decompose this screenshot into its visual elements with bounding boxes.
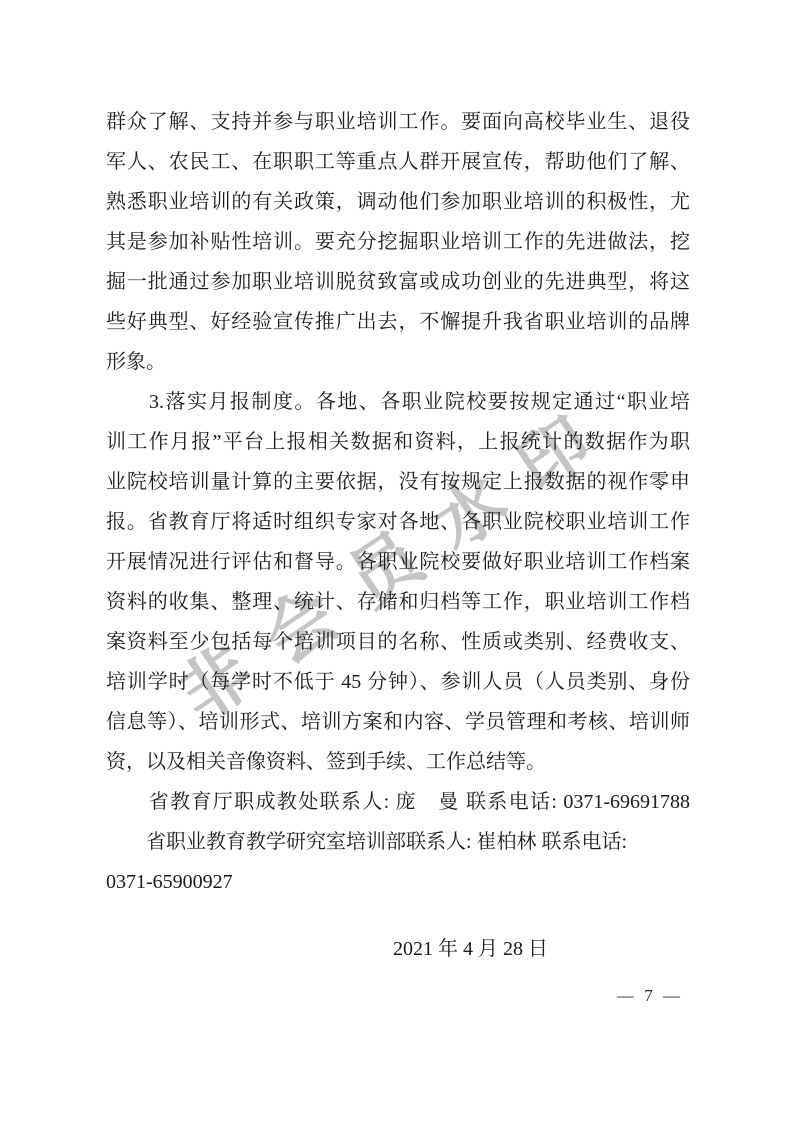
text-line: 群众了解、支持并参与职业培训工作。要面向高校毕业生、退役: [106, 102, 690, 142]
text-line: 训工作月报”平台上报相关数据和资料，上报统计的数据作为职: [106, 422, 690, 462]
text-line: 业院校培训量计算的主要依据，没有按规定上报数据的视作零申: [106, 462, 690, 502]
document-body: 群众了解、支持并参与职业培训工作。要面向高校毕业生、退役 军人、农民工、在职职工…: [106, 102, 690, 902]
text-line: 省教育厅职成教处联系人: 庞 曼 联系电话: 0371-69691788: [106, 782, 690, 822]
text-line: 报。省教育厅将适时组织专家对各地、各职业院校职业培训工作: [106, 502, 690, 542]
text-line: 信息等）、培训形式、培训方案和内容、学员管理和考核、培训师: [106, 702, 690, 742]
text-line: 军人、农民工、在职职工等重点人群开展宣传，帮助他们了解、: [106, 142, 690, 182]
text-line: 资，以及相关音像资料、签到手续、工作总结等。: [106, 742, 690, 782]
text-line: 3.落实月报制度。各地、各职业院校要按规定通过“职业培: [106, 382, 690, 422]
text-line: 0371-65900927: [106, 862, 690, 902]
text-line: 案资料至少包括每个培训项目的名称、性质或类别、经费收支、: [106, 622, 690, 662]
text-line: 省职业教育教学研究室培训部联系人: 崔柏林 联系电话:: [106, 822, 690, 862]
date-line: 2021 年 4 月 28 日: [393, 934, 548, 964]
text-line: 熟悉职业培训的有关政策，调动他们参加职业培训的积极性，尤: [106, 182, 690, 222]
text-line: 资料的收集、整理、统计、存储和归档等工作，职业培训工作档: [106, 582, 690, 622]
text-line: 形象。: [106, 342, 690, 382]
text-line: 些好典型、好经验宣传推广出去，不懈提升我省职业培训的品牌: [106, 302, 690, 342]
text-line: 掘一批通过参加职业培训脱贫致富或成功创业的先进典型，将这: [106, 262, 690, 302]
text-line: 开展情况进行评估和督导。各职业院校要做好职业培训工作档案: [106, 542, 690, 582]
page-number: — 7 —: [617, 984, 683, 1008]
text-line: 其是参加补贴性培训。要充分挖掘职业培训工作的先进做法，挖: [106, 222, 690, 262]
text-line: 培训学时（每学时不低于 45 分钟）、参训人员（人员类别、身份: [106, 662, 690, 702]
document-page: 非会员水印 群众了解、支持并参与职业培训工作。要面向高校毕业生、退役 军人、农民…: [0, 0, 794, 1123]
